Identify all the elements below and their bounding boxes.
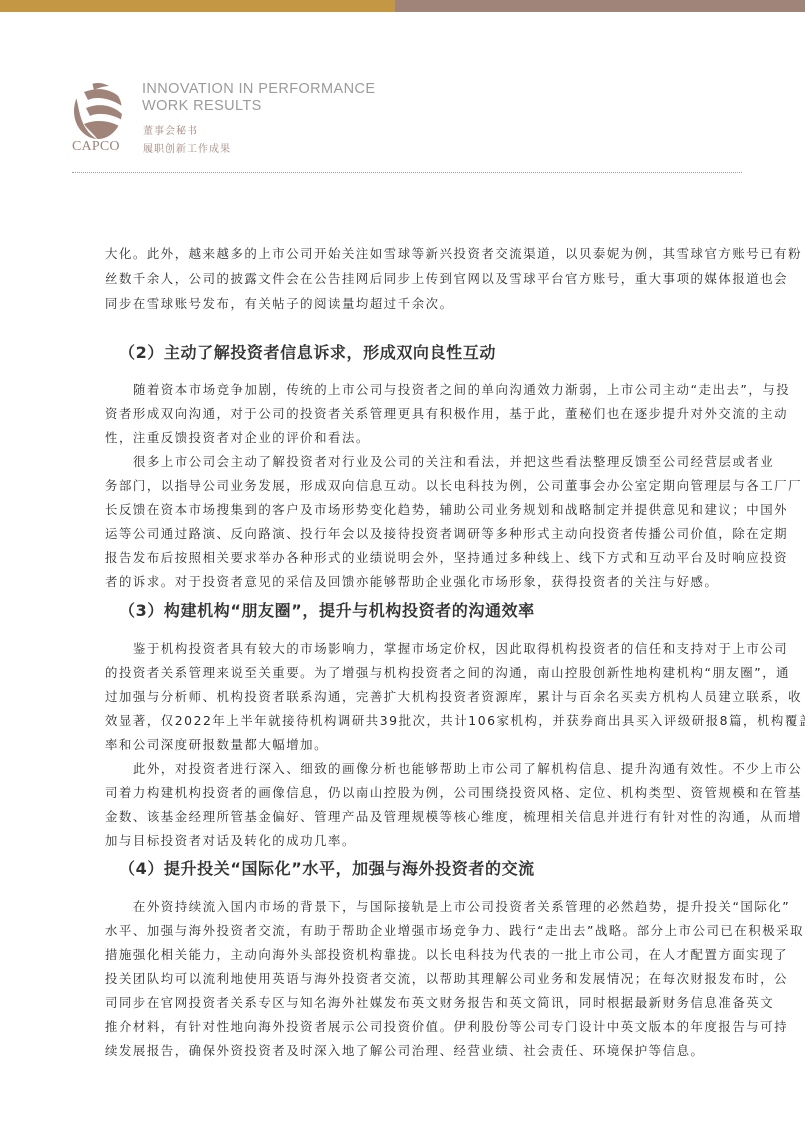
top-bar-gold-segment [0, 0, 395, 12]
paragraph-line: 推介材料，有针对性地向海外投资者展示公司投资价值。伊利股份等公司专门设计中英文版… [105, 1019, 788, 1035]
paragraph-line: 丝数千余人，公司的披露文件会在公告挂网后同步上传到官网以及雪球平台官方账号，重大… [105, 271, 788, 287]
paragraph-line: 续发展报告，确保外资投资者及时深入地了解公司治理、经营业绩、社会责任、环境保护等… [105, 1043, 704, 1059]
paragraph-line: 金数、该基金经理所管基金偏好、管理产品及管理规模等核心维度，梳理相关信息并进行有… [105, 809, 802, 825]
paragraph-line: 率和公司深度研报数量都大幅增加。 [105, 737, 328, 753]
header-dotted-divider [72, 172, 742, 173]
paragraph-line: 资者形成双向沟通，对于公司的投资者关系管理更具有积极作用，基于此，董秘们也在逐步… [105, 406, 788, 422]
tagline-en-line-1: INNOVATION IN PERFORMANCE [142, 81, 375, 98]
tagline-cn-line-2: 履职创新工作成果 [143, 140, 231, 155]
paragraph-line: 者的诉求。对于投资者意见的采信及回馈亦能够帮助企业强化市场形象，获得投资者的关注… [105, 574, 718, 590]
capco-wordmark: CAPCO [72, 139, 120, 155]
paragraph-line: 在外资持续流入国内市场的背景下，与国际接轨是上市公司投资者关系管理的必然趋势，提… [133, 899, 790, 915]
paragraph-line: 报告发布后按照相关要求举办各种形式的业绩说明会外，坚持通过多种线上、线下方式和互… [105, 550, 788, 566]
top-color-bar [0, 0, 805, 12]
paragraph-line: 性，注重反馈投资者对企业的评价和看法。 [105, 430, 370, 446]
paragraph-line: 同步在雪球账号发布，有关帖子的阅读量均超过千余次。 [105, 296, 454, 312]
paragraph-line: 随着资本市场竞争加剧，传统的上市公司与投资者之间的单向沟通效力渐弱，上市公司主动… [133, 382, 790, 398]
section-heading-3: （3）构建机构“朋友圈”，提升与机构投资者的沟通效率 [119, 598, 535, 621]
paragraph-line: 长反馈在资本市场搜集到的客户及市场形势变化趋势，辅助公司业务规划和战略制定并提供… [105, 502, 788, 518]
paragraph-line: 的投资者关系管理来说至关重要。为了增强与机构投资者之间的沟通，南山控股创新性地构… [105, 665, 790, 681]
paragraph-line: 大化。此外，越来越多的上市公司开始关注如雪球等新兴投资者交流渠道，以贝泰妮为例，… [105, 246, 802, 262]
paragraph-line: 司同步在官网投资者关系专区与知名海外社媒发布英文财务报告和英文简讯，同时根据最新… [105, 995, 774, 1011]
section-heading-4: （4）提升投关“国际化”水平，加强与海外投资者的交流 [119, 856, 535, 879]
paragraph-line: 很多上市公司会主动了解投资者对行业及公司的关注和看法，并把这些看法整理反馈至公司… [133, 454, 774, 470]
paragraph-line: 投关团队均可以流利地使用英语与海外投资者交流，以帮助其理解公司业务和发展情况；在… [105, 971, 788, 987]
tagline-english: INNOVATION IN PERFORMANCE WORK RESULTS [142, 81, 375, 115]
paragraph-line: 过加强与分析师、机构投资者联系沟通，完善扩大机构投资者资源库，累计与百余名买卖方… [105, 689, 802, 705]
paragraph-line: 效显著，仅2022年上半年就接待机构调研共39批次，共计106家机构，并获券商出… [105, 713, 805, 729]
paragraph-line: 措施强化相关能力，主动向海外头部投资机构靠拢。以长电科技为代表的一批上市公司，在… [105, 947, 788, 963]
tagline-en-line-2: WORK RESULTS [142, 98, 375, 115]
tagline-cn-line-1: 董事会秘书 [143, 122, 198, 137]
paragraph-line: 务部门，以指导公司业务发展，形成双向信息互动。以长电科技为例，公司董事会办公室定… [105, 478, 802, 494]
paragraph-line: 司着力构建机构投资者的画像信息，仍以南山控股为例，公司围绕投资风格、定位、机构类… [105, 785, 802, 801]
paragraph-line: 加与目标投资者对话及转化的成功几率。 [105, 833, 356, 849]
paragraph-line: 水平、加强与海外投资者交流，有助于帮助企业增强市场竞争力、践行“走出去”战略。部… [105, 923, 804, 939]
paragraph-line: 此外，对投资者进行深入、细致的画像分析也能够帮助上市公司了解机构信息、提升沟通有… [133, 761, 802, 777]
paragraph-line: 运等公司通过路演、反向路演、投行年会以及接待投资者调研等多种形式主动向投资者传播… [105, 526, 788, 542]
top-bar-mauve-segment [395, 0, 805, 12]
section-heading-2: （2）主动了解投资者信息诉求，形成双向良性互动 [119, 340, 496, 363]
paragraph-line: 鉴于机构投资者具有较大的市场影响力，掌握市场定价权，因此取得机构投资者的信任和支… [133, 641, 788, 657]
